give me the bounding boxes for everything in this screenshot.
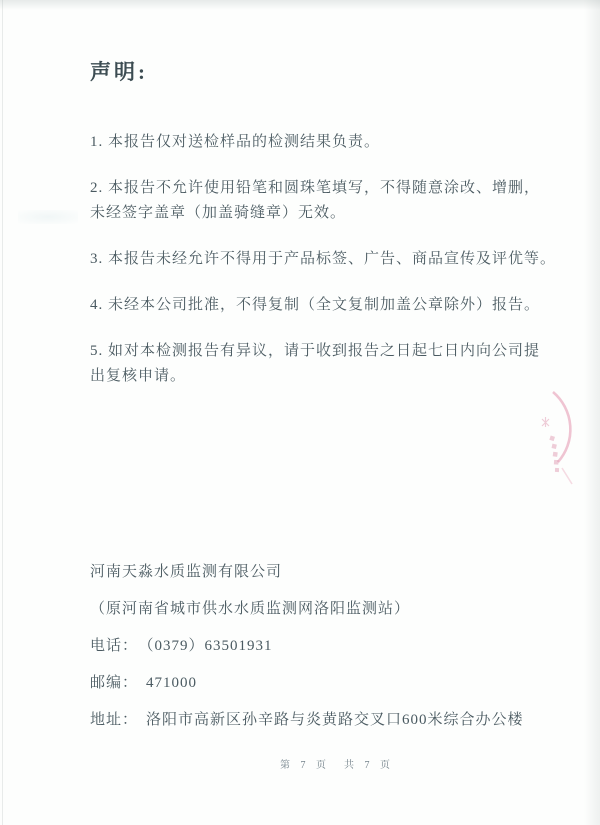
postcode-label: 邮编： [90,675,138,691]
company-former-name: （原河南省城市供水水质监测网洛阳监测站） [90,599,580,619]
declaration-item-3: 3. 本报告未经允许不得用于产品标签、广告、商品宣传及评优等。 [90,247,570,272]
postcode-value: 471000 [146,675,197,691]
postcode-line: 邮编：471000 [90,673,580,693]
phone-line: 电话：（0379）63501931 [90,636,580,656]
declaration-item-5: 5. 如对本检测报告有异议，请于收到报告之日起七日内向公司提 出复核申请。 [90,339,570,389]
declaration-item-4: 4. 未经本公司批准，不得复制（全文复制加盖公章除外）报告。 [90,293,570,318]
page-number: 第 7 页 共 7 页 [280,756,394,771]
declaration-items: 1. 本报告仅对送检样品的检测结果负责。 2. 本报告不允许使用铅笔和圆珠笔填写… [90,130,570,410]
declaration-item-2: 2. 本报告不允许使用铅笔和圆珠笔填写，不得随意涂改、增删， 未经签字盖章（加盖… [90,176,570,226]
declaration-item-1: 1. 本报告仅对送检样品的检测结果负责。 [90,130,570,155]
phone-value: （0379）63501931 [146,638,273,654]
scan-edge-line [2,0,3,825]
company-name: 河南天淼水质监测有限公司 [90,562,580,582]
address-value: 洛阳市高新区孙辛路与炎黄路交叉口600米综合办公楼 [146,712,524,728]
company-contact-block: 河南天淼水质监测有限公司 （原河南省城市供水水质监测网洛阳监测站） 电话：（03… [90,562,580,747]
address-label: 地址： [90,712,138,728]
scan-shadow-right [584,0,600,825]
scanned-report-page: 声明: 1. 本报告仅对送检样品的检测结果负责。 2. 本报告不允许使用铅笔和圆… [0,0,600,825]
phone-label: 电话： [90,638,138,654]
scan-shadow-top [0,0,600,10]
declaration-title: 声明: [90,56,148,86]
address-line: 地址：洛阳市高新区孙辛路与炎黄路交叉口600米综合办公楼 [90,710,580,730]
scan-smudge [18,210,78,224]
